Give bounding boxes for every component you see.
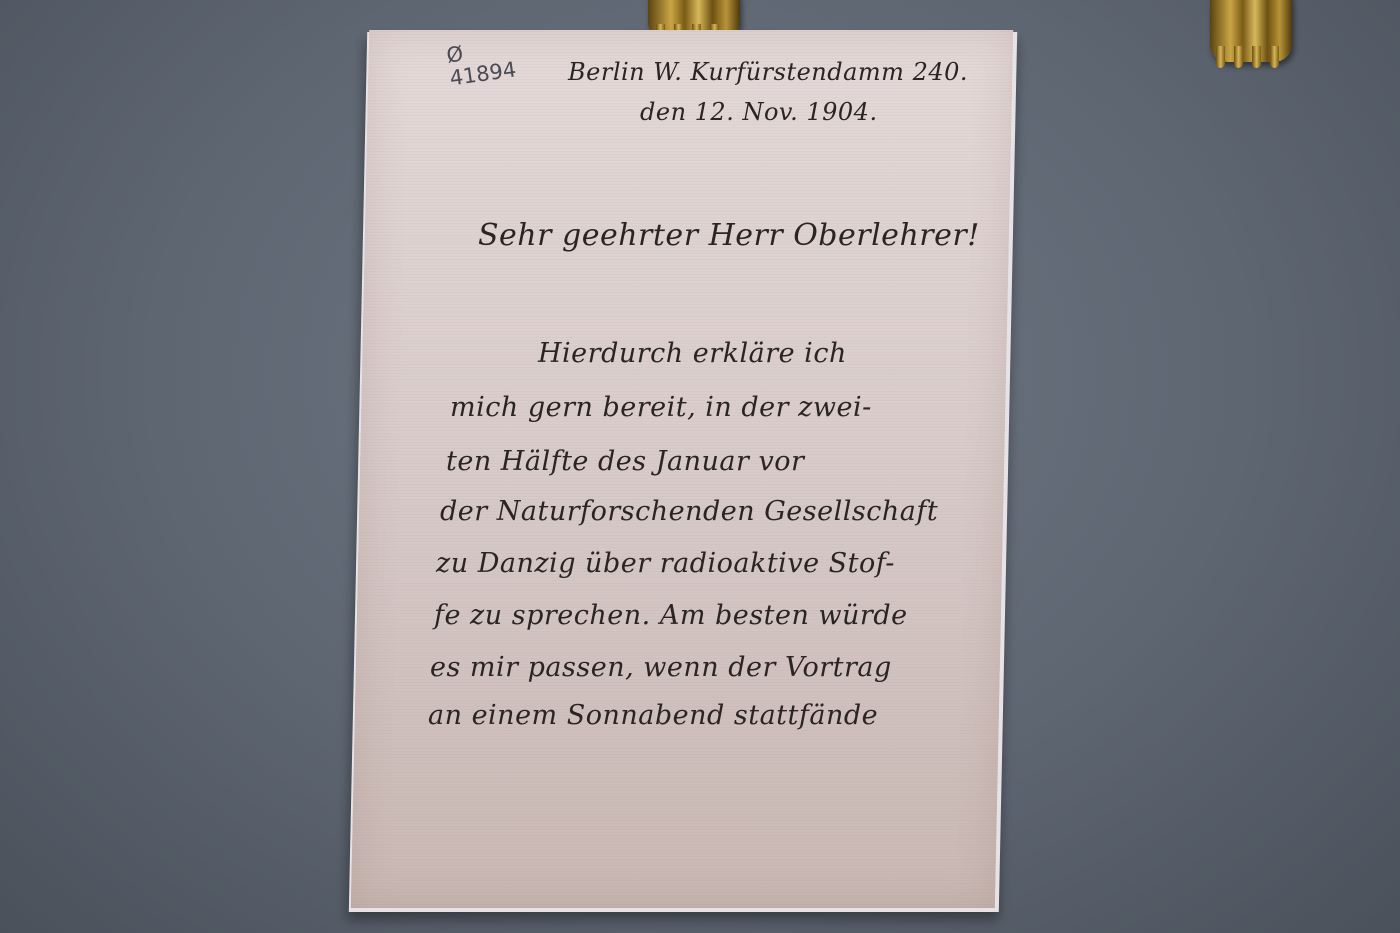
letter-body-line: mich gern bereit, in der zwei- <box>450 392 872 423</box>
letter-body-line: es mir passen, wenn der Vortrag <box>430 652 892 683</box>
brass-hand-clip-right <box>1210 0 1292 62</box>
letter-body-line: zu Danzig über radioaktive Stof- <box>436 548 895 579</box>
letter-place: Berlin W. Kurfürstendamm 240. <box>568 58 968 86</box>
letter-body-line: Hierdurch erkläre ich <box>538 338 847 369</box>
letter-body-line: an einem Sonnabend stattfände <box>428 700 878 731</box>
letter-salutation: Sehr geehrter Herr Oberlehrer! <box>478 218 980 253</box>
letter-body-line: ten Hälfte des Januar vor <box>446 446 804 477</box>
letter-body-line: der Naturforschenden Gesellschaft <box>440 496 938 527</box>
letter-date: den 12. Nov. 1904. <box>640 98 878 126</box>
archive-number: Ø 41894 <box>445 36 518 91</box>
letter-body-line: fe zu sprechen. Am besten würde <box>434 600 908 631</box>
